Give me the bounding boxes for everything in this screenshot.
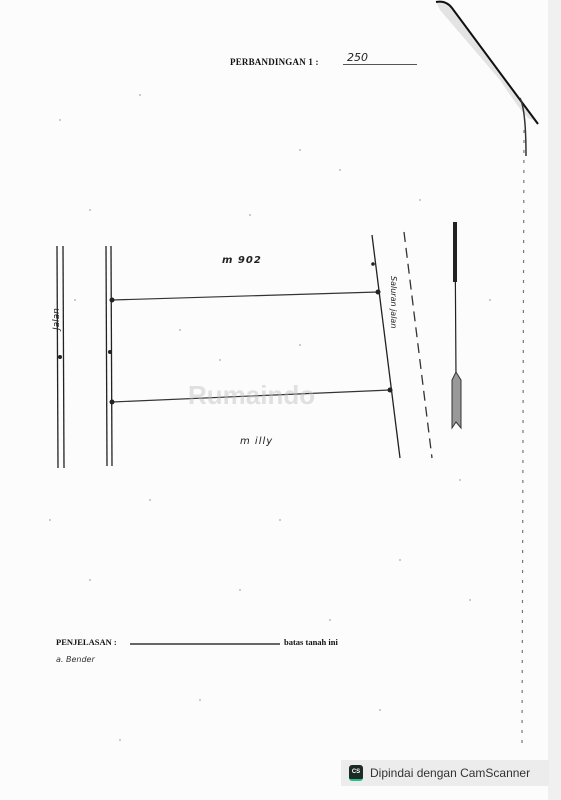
west-plot-border [106, 246, 112, 466]
east-boundary-label: Saluran jalan [389, 276, 398, 328]
camscanner-icon: CS [349, 765, 363, 781]
scanned-page: PERBANDINGAN 1 : 250 m 902 m illy Jalan … [0, 0, 561, 800]
explanation-label: PENJELASAN : [56, 637, 117, 647]
scale-value: 250 [343, 52, 417, 65]
east-plot-border [372, 235, 400, 458]
watermark: Rumaindo [188, 380, 315, 411]
explanation-note: a. Bender [56, 655, 95, 664]
explanation-suffix: batas tanah ini [284, 637, 338, 647]
folded-corner [436, 2, 538, 156]
camscanner-text: Dipindai dengan CamScanner [370, 766, 530, 780]
north-arrow-icon [452, 222, 461, 428]
west-road [57, 246, 64, 468]
west-boundary-label: Jalan [52, 308, 62, 330]
north-boundary-label: m 902 [222, 255, 262, 266]
south-boundary-label: m illy [240, 436, 273, 447]
explanation-line [130, 643, 280, 645]
scale-label: PERBANDINGAN 1 : [230, 57, 319, 67]
east-dashed-line [404, 232, 432, 458]
camscanner-badge: CS Dipindai dengan CamScanner [341, 760, 549, 786]
